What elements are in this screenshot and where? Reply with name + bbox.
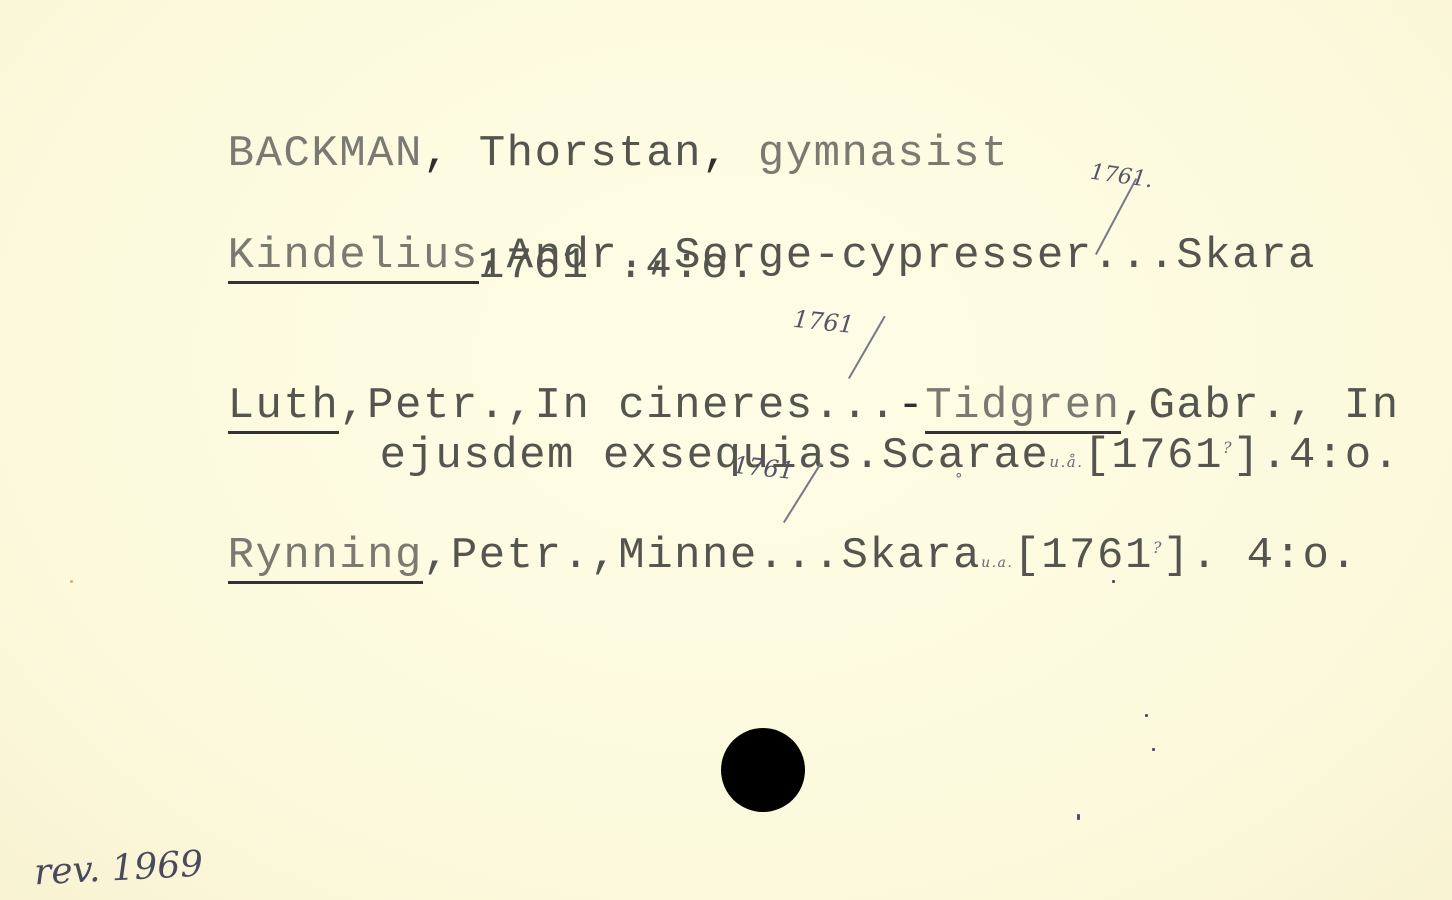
heading-forename: Thorstan [479, 129, 702, 179]
entry-format: ].4:o. [1233, 431, 1400, 481]
revision-note: rev. 1969 [33, 844, 204, 894]
speck [1152, 748, 1155, 751]
heading-sep: , [702, 129, 758, 179]
entry-imprint: ejusdem exsequias.Scarae [380, 431, 1050, 481]
speck [1112, 580, 1115, 583]
entry-place: Skara [1176, 231, 1316, 281]
entry-year: [1761 [1013, 531, 1153, 581]
heading-role: gymnasist [758, 129, 1009, 179]
entry-format: ]. 4:o. [1163, 531, 1358, 581]
catalog-card: BACKMAN, Thorstan, gymnasist Kindelius,A… [0, 0, 1452, 900]
handwritten-note: u.a. [981, 555, 1013, 571]
entry-year: [1761 [1083, 431, 1223, 481]
entry-title: ,Petr.,Minne... [423, 531, 842, 581]
handwritten-query: ? [1223, 438, 1233, 457]
entry-author: Rynning [228, 534, 423, 578]
handwritten-ring: ° [955, 470, 963, 488]
handwritten-year: 1761. [1089, 160, 1155, 194]
entry-rynning-line1: Rynning,Petr.,Minne...Skarau.a.[1761?]. … [116, 490, 1358, 622]
handwritten-note: u.å. [1049, 453, 1083, 471]
punch-hole [721, 728, 805, 812]
speck [70, 580, 73, 583]
entry-author: Kindelius [228, 234, 479, 278]
handwritten-year: 1761 [792, 305, 856, 339]
heading-surname: BACKMAN [228, 129, 423, 179]
speck [1145, 714, 1148, 717]
heading-sep: , [423, 129, 479, 179]
speck [1077, 814, 1080, 820]
entry-kindelius-line2: 1761 .4:o. [478, 244, 757, 288]
handwritten-query: ? [1153, 538, 1163, 557]
entry-place: Skara [842, 531, 982, 581]
